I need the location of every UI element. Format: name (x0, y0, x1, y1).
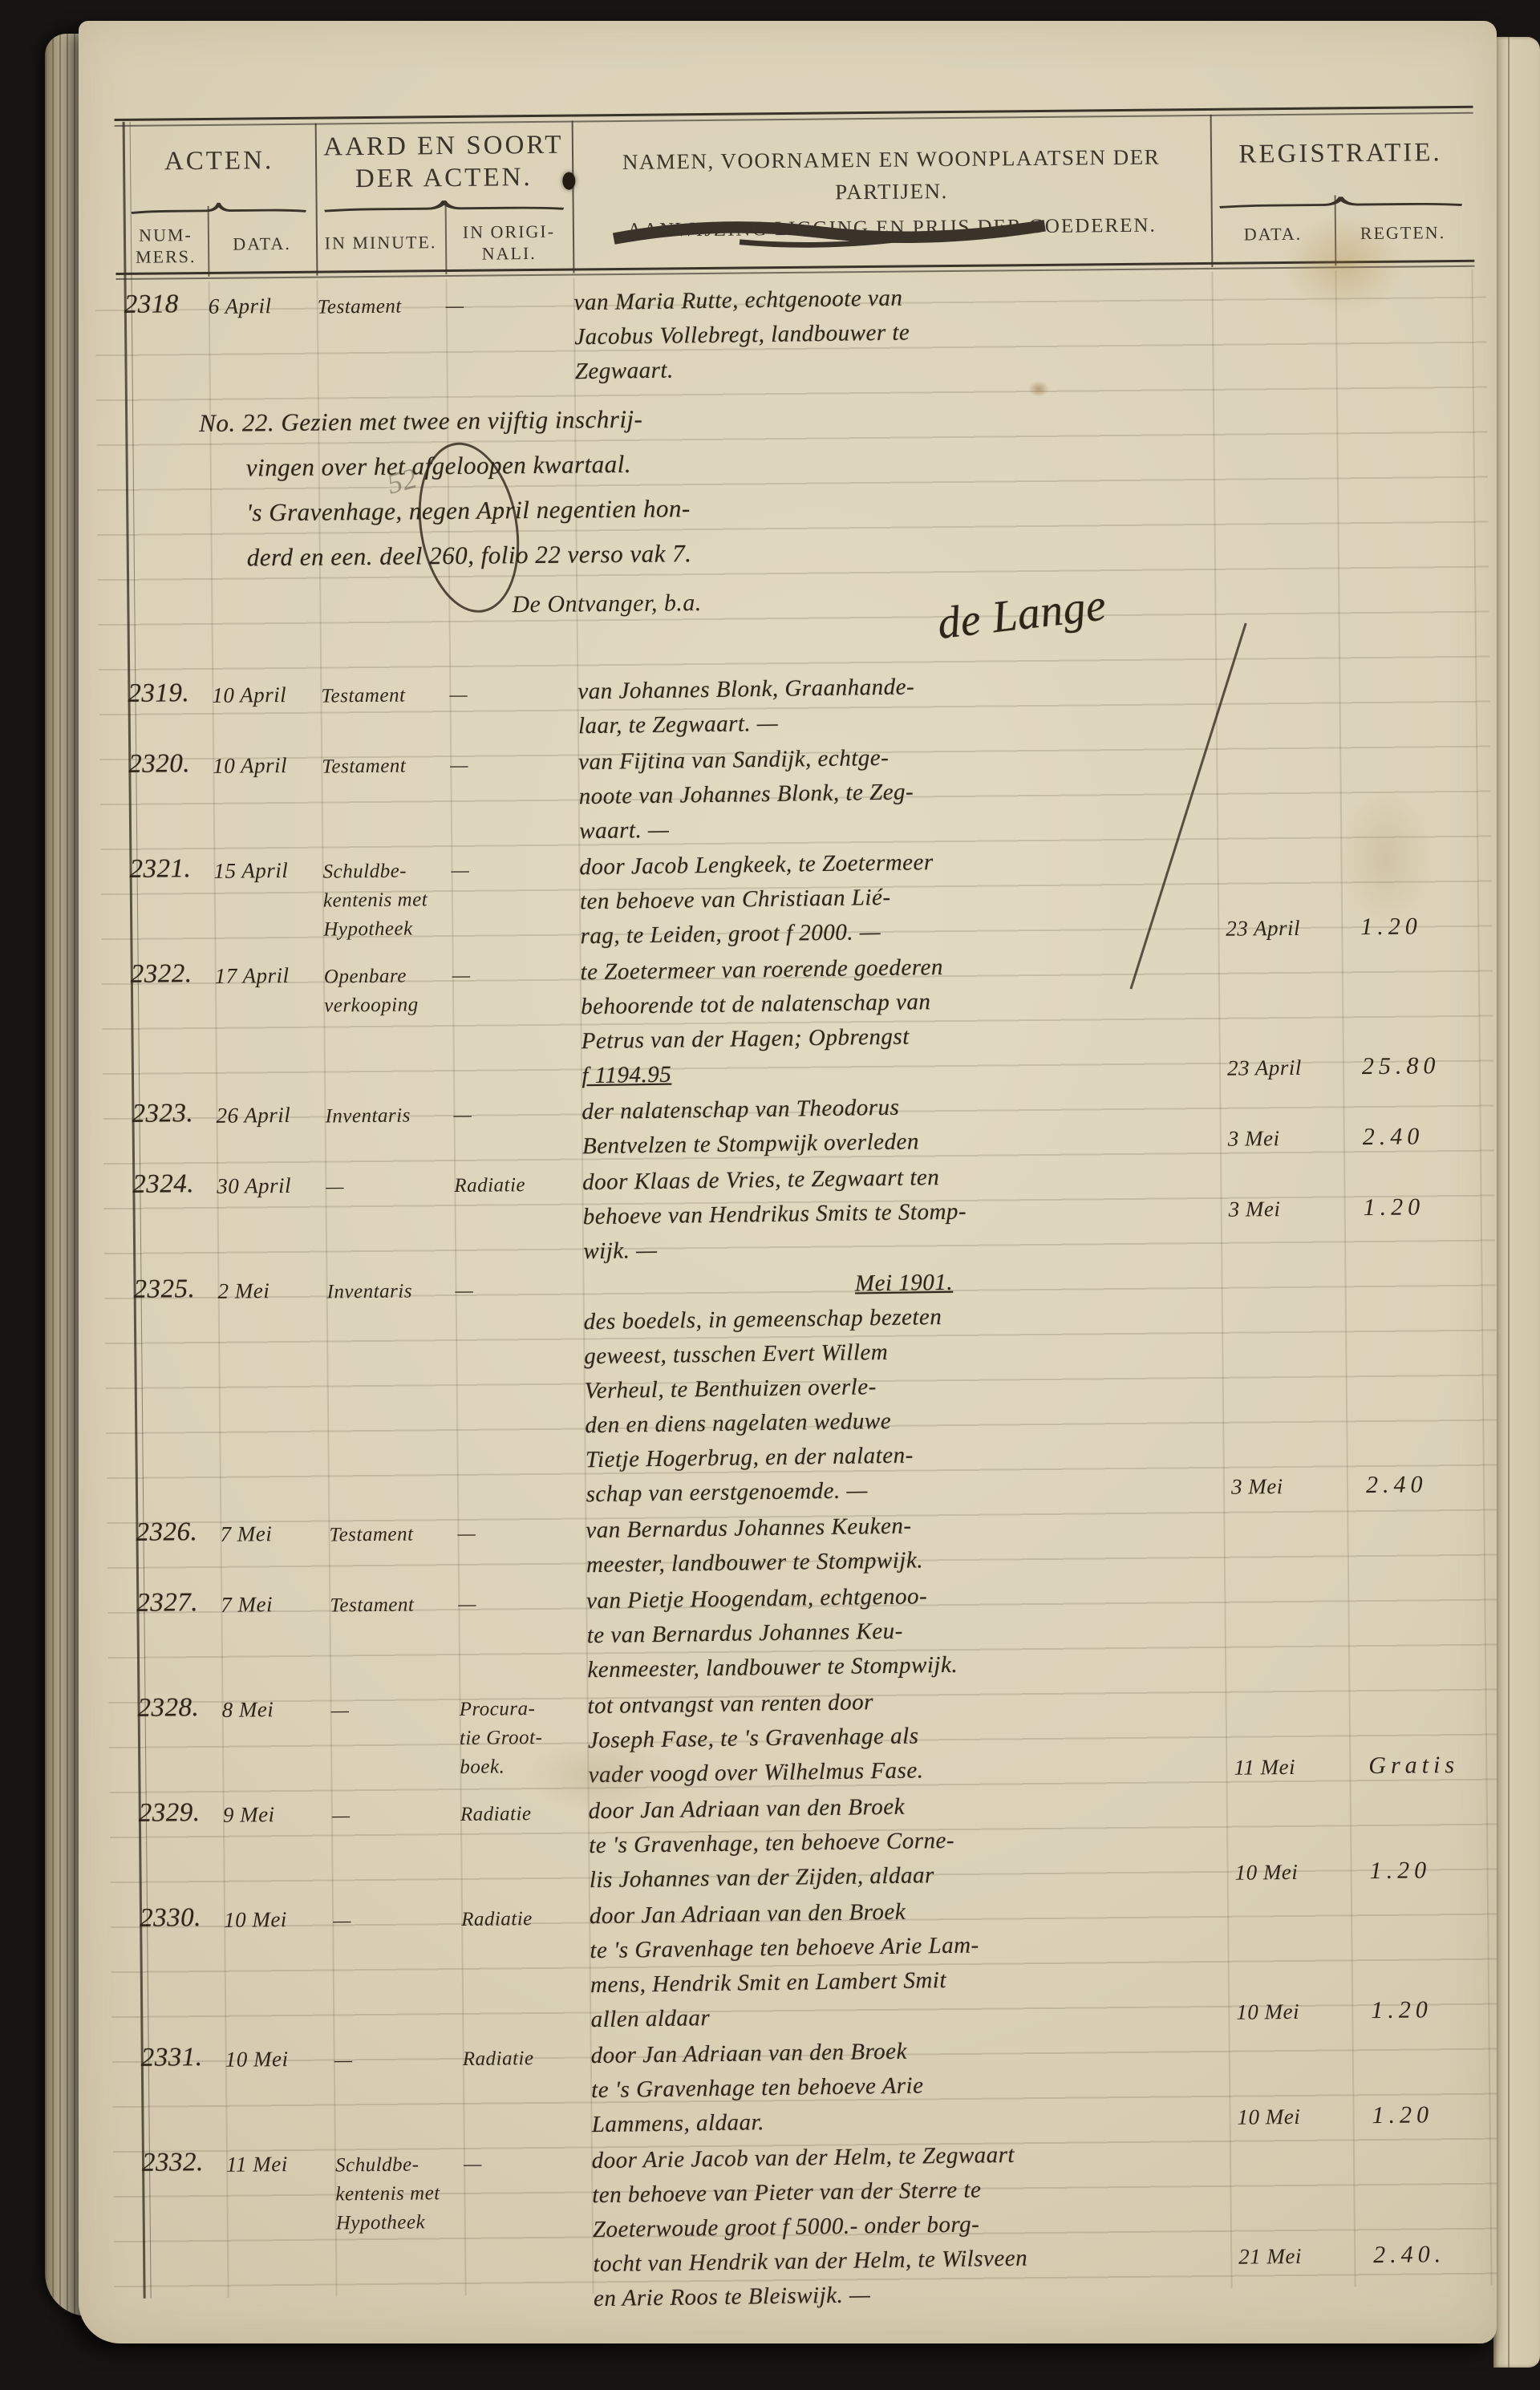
register-entry: 2328.8 Mei—Procura- tie Groot- boek.tot … (137, 1679, 1493, 1796)
next-page-edge-right (1493, 37, 1540, 2368)
entry-date: 10 April (213, 747, 322, 851)
registration-fee: 1.20 (1369, 1857, 1431, 1885)
entry-number: 2332. (142, 2146, 228, 2319)
registration-fee: 1.20 (1364, 1193, 1425, 1221)
entry-number: 2323. (132, 1097, 217, 1167)
entry-number: 2320. (128, 747, 213, 852)
registration-date: 3 Mei (1228, 1126, 1280, 1152)
entry-number: 2326. (136, 1516, 221, 1586)
registration-fee: 2.40. (1373, 2241, 1445, 2269)
entry-date: 7 Mei (220, 1515, 330, 1585)
entry-act-type-originali: — (464, 2142, 594, 2316)
sheet-content: ACTEN. AARD EN SOORT DER ACTEN. NAMEN, V… (79, 21, 1497, 2343)
entry-act-type-minute: Testament (322, 745, 451, 850)
entry-act-type-minute: Testament (318, 286, 447, 391)
entry-number: 2329. (139, 1797, 224, 1901)
entry-date: 9 Mei (223, 1796, 333, 1900)
quarterly-inspection-note: No. 22. Gezien met twee en vijftig insch… (125, 381, 1483, 678)
entry-number: 2319. (128, 677, 213, 747)
registration-fee: 1.20 (1371, 1996, 1433, 2024)
entry-act-type-originali: — (455, 1269, 586, 1512)
entry-act-type-originali: Radiatie (461, 1898, 591, 2037)
entry-act-type-minute: — (330, 1689, 460, 1794)
entry-date: 10 April (212, 676, 322, 746)
entry-number: 2330. (140, 1902, 225, 2040)
entry-date: 10 Mei (224, 1901, 334, 2040)
entry-act-type-minute: — (332, 1794, 461, 1899)
entry-date: 7 Mei (221, 1586, 330, 1690)
entry-act-type-originali: — (458, 1582, 587, 1687)
register-entry: 2326.7 MeiTestament—van Bernardus Johann… (136, 1504, 1492, 1586)
entry-date: 8 Mei (221, 1691, 331, 1795)
register-entry: 2331.10 Mei—Radiatiedoor Jan Adriaan van… (141, 2029, 1497, 2145)
entry-act-type-minute: Schuldbe- kentenis met Hypotheek (322, 850, 452, 955)
entry-act-type-originali: Radiatie (454, 1164, 583, 1269)
entry-act-type-originali: — (451, 849, 580, 954)
brace-acten (130, 202, 308, 215)
entry-description: van Pietje Hoogendam, echtgenoo-te van B… (586, 1575, 1230, 1687)
entry-description: van Johannes Blonk, Graanhande-laar, te … (577, 666, 1220, 743)
subcol-in-minute: IN MINUTE. (316, 231, 445, 254)
entry-act-type-minute: — (333, 1899, 463, 2039)
registration-fee: 2.40 (1363, 1123, 1424, 1151)
entry-act-type-minute: Openbare verkooping (324, 955, 454, 1095)
entry-date: 15 April (213, 852, 323, 956)
entry-description: der nalatenschap van TheodorusBentvelzen… (582, 1086, 1224, 1164)
entry-date: 2 Mei (217, 1272, 329, 1514)
entry-date: 17 April (215, 957, 326, 1096)
entry-date: 11 Mei (226, 2145, 337, 2318)
registration-date: 23 April (1226, 916, 1300, 942)
entry-number: 2318 (124, 288, 209, 392)
entry-description: tot ontvangst van renten doorJoseph Fase… (587, 1680, 1230, 1792)
entry-number: 2321. (129, 853, 214, 957)
entry-act-type-minute: — (334, 2039, 464, 2144)
register-entry: 2325.2 MeiInventaris—Mei 1901.des boedel… (133, 1261, 1491, 1515)
table-header: ACTEN. AARD EN SOORT DER ACTEN. NAMEN, V… (123, 109, 1472, 282)
entry-description: door Jan Adriaan van den Broekte 's Grav… (590, 1890, 1233, 2037)
entry-date: 6 April (209, 287, 318, 391)
entry-date: 30 April (217, 1167, 326, 1271)
brace-aard (322, 200, 566, 213)
registration-date: 10 Mei (1234, 1860, 1298, 1886)
entry-act-type-minute: — (326, 1165, 455, 1270)
entry-description: door Jan Adriaan van den Broekte 's Grav… (590, 2030, 1234, 2142)
paper-stain (1337, 784, 1435, 930)
registration-date: 3 Mei (1231, 1474, 1283, 1500)
registration-date: 23 April (1227, 1055, 1302, 1081)
column-group-namen: NAMEN, VOORNAMEN EN WOONPLAATSEN DER PAR… (572, 140, 1211, 211)
entry-act-type-originali: — (446, 285, 575, 390)
entry-number: 2328. (137, 1691, 222, 1796)
brace-registratie (1218, 196, 1465, 209)
entry-act-type-originali: Radiatie (463, 2037, 592, 2142)
column-group-registratie: REGISTRATIE. (1210, 136, 1470, 171)
column-group-acten: ACTEN. (123, 144, 315, 178)
registration-fee: Gratis (1368, 1752, 1459, 1780)
entry-number: 2327. (136, 1586, 221, 1691)
entry-act-type-minute: Testament (330, 1584, 459, 1689)
register-entry: 2332.11 MeiSchuldbe- kentenis met Hypoth… (142, 2134, 1497, 2319)
entry-number: 2324. (132, 1168, 217, 1272)
entry-description: door Klaas de Vries, te Zegwaart tenbeho… (582, 1157, 1226, 1269)
entry-number: 2331. (141, 2041, 226, 2145)
entry-act-type-originali: Radiatie (460, 1792, 590, 1898)
entry-description: van Bernardus Johannes Keuken-meester, l… (586, 1505, 1228, 1582)
entry-description: van Maria Rutte, echtgenoote vanJacobus … (573, 277, 1217, 389)
entry-act-type-originali: — (450, 744, 579, 849)
register-entry: 23186 AprilTestament—van Maria Rutte, ec… (124, 276, 1481, 392)
entry-act-type-originali: — (452, 954, 582, 1093)
registration-date: 3 Mei (1229, 1197, 1281, 1222)
scanned-register-page: ACTEN. AARD EN SOORT DER ACTEN. NAMEN, V… (0, 0, 1540, 2390)
subcol-data-acten: DATA. (208, 233, 316, 255)
entry-description: door Jan Adriaan van den Broekte 's Grav… (588, 1785, 1231, 1898)
register-entry: 2327.7 MeiTestament—van Pietje Hoogendam… (136, 1574, 1493, 1691)
registration-fee: 25.80 (1362, 1052, 1441, 1080)
entry-description: door Jacob Lengkeek, te Zoetermeerten be… (579, 841, 1222, 954)
register-entry: 2324.30 April—Radiatiedoor Klaas de Vrie… (132, 1156, 1489, 1272)
register-entry: 2321.15 AprilSchuldbe- kentenis met Hypo… (129, 841, 1485, 957)
entry-act-type-minute: Testament (329, 1513, 458, 1584)
ink-blot (562, 172, 575, 190)
entry-act-type-originali: — (453, 1093, 582, 1164)
entry-number: 2322. (131, 958, 217, 1096)
entry-act-type-originali: — (449, 674, 578, 744)
entry-act-type-minute: Inventaris (326, 1270, 457, 1513)
entry-description: te Zoetermeer van roerende goederenbehoo… (580, 946, 1223, 1093)
registration-date: 11 Mei (1234, 1755, 1295, 1780)
subcol-in-originali: IN ORIGI- NALI. (445, 221, 573, 265)
register-entry: 2330.10 Mei—Radiatiedoor Jan Adriaan van… (140, 1890, 1497, 2040)
column-group-aard-en-soort: AARD EN SOORT DER ACTEN. (315, 129, 573, 196)
entry-date: 26 April (216, 1096, 326, 1166)
register-entry: 2329.9 Mei—Radiatiedoor Jan Adriaan van … (139, 1784, 1495, 1901)
registration-date: 10 Mei (1237, 2104, 1300, 2130)
register-entry: 2319.10 AprilTestament—van Johannes Blon… (128, 665, 1484, 747)
entry-act-type-minute: Testament (321, 674, 450, 745)
subcol-nummers: NUM- MERS. (124, 224, 209, 268)
entry-description: door Arie Jacob van der Helm, te Zegwaar… (591, 2135, 1235, 2316)
ledger-sheet: ACTEN. AARD EN SOORT DER ACTEN. NAMEN, V… (79, 21, 1497, 2343)
registration-fee: 1.20 (1372, 2101, 1433, 2129)
registration-date: 10 Mei (1236, 1999, 1299, 2025)
entry-description: Mei 1901.des boedels, in gemeenschap bez… (583, 1262, 1228, 1512)
register-entry: 2323.26 AprilInventaris—der nalatenschap… (132, 1085, 1488, 1167)
entry-number: 2325. (133, 1273, 220, 1515)
entry-act-type-originali: — (457, 1512, 586, 1582)
register-entry: 2320.10 AprilTestament—van Fijtina van S… (128, 735, 1485, 852)
entry-act-type-minute: Inventaris (325, 1095, 454, 1165)
register-entry: 2322.17 AprilOpenbare verkooping—te Zoet… (131, 946, 1488, 1096)
table-body: 23186 AprilTestament—van Maria Rutte, ec… (124, 276, 1497, 2321)
entry-act-type-minute: Schuldbe- kentenis met Hypotheek (335, 2144, 465, 2318)
registration-date: 21 Mei (1238, 2244, 1302, 2270)
entry-description: van Fijtina van Sandijk, echtge-noote va… (578, 736, 1222, 849)
entry-date: 10 Mei (225, 2040, 335, 2145)
registration-fee: 2.40 (1366, 1471, 1428, 1499)
